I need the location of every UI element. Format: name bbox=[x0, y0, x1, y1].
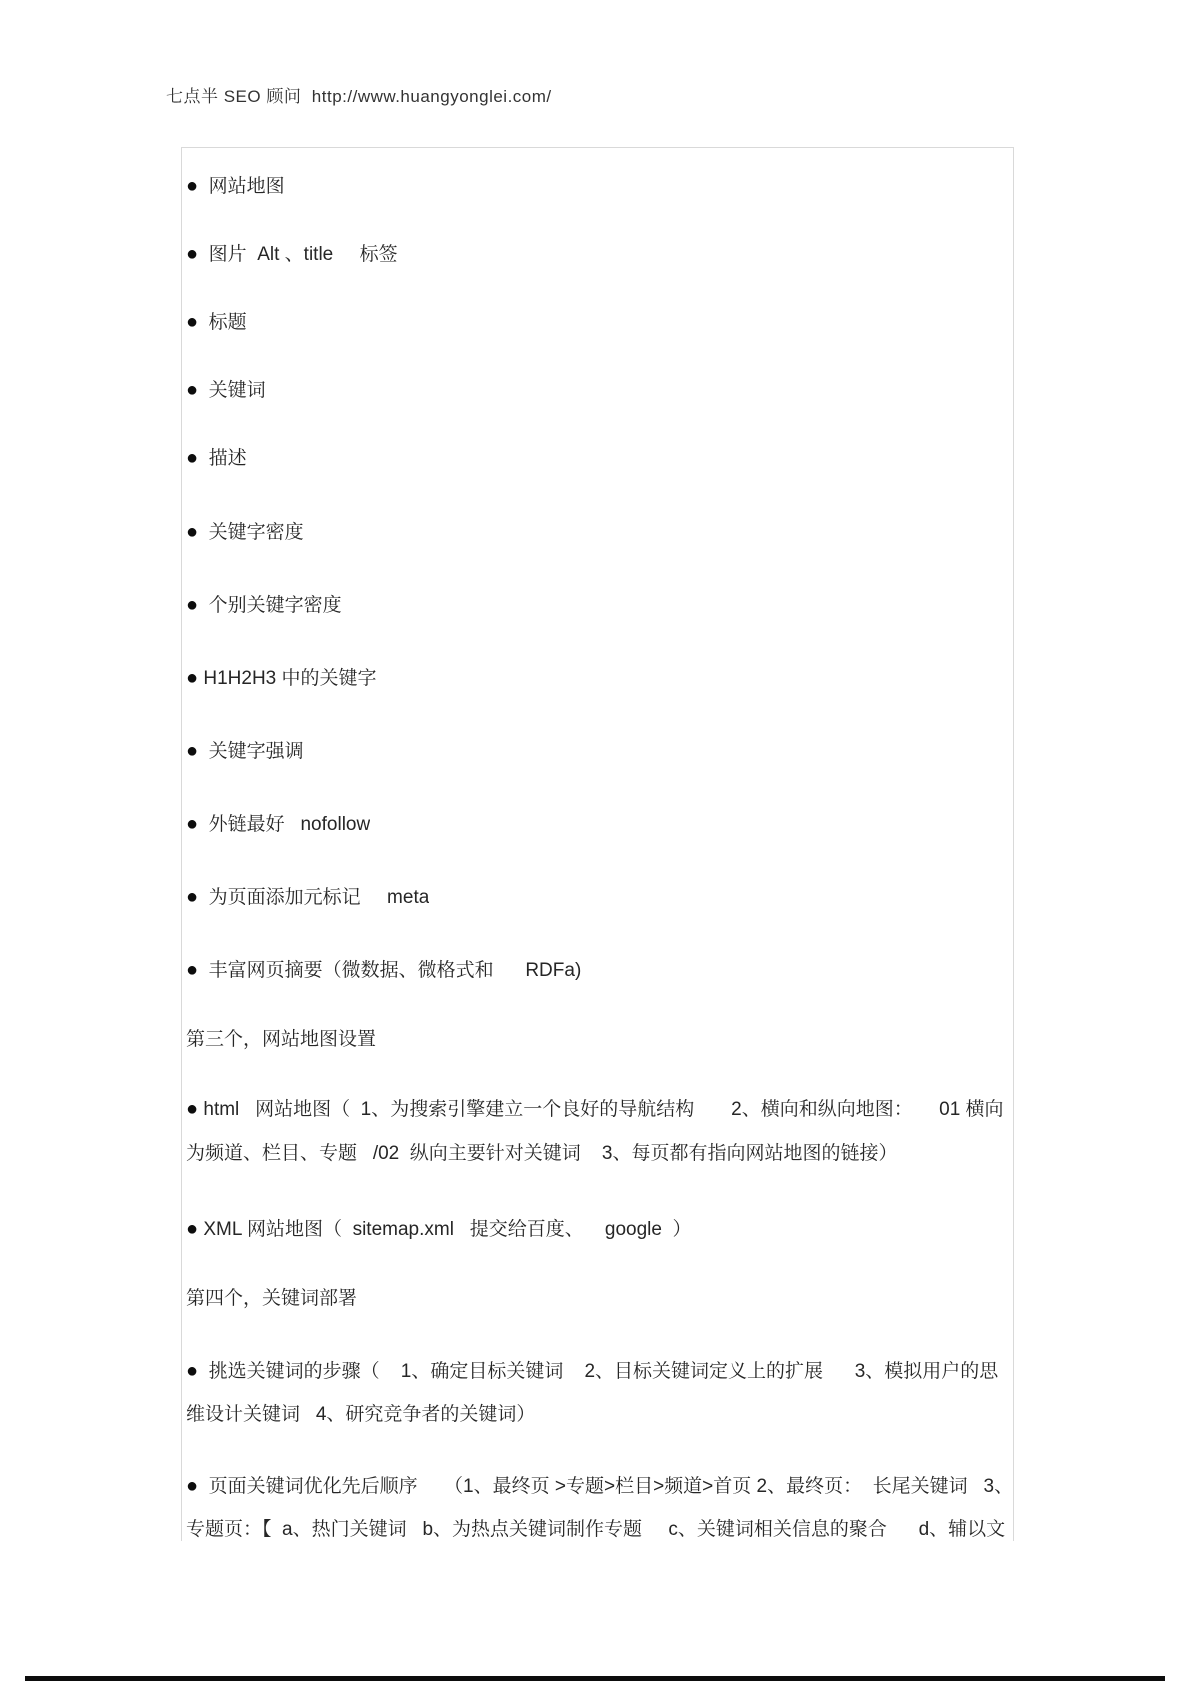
line-text: 个别关键字密度 bbox=[198, 595, 342, 616]
bullet-icon: ● bbox=[186, 379, 198, 401]
line-text: 第三个，网站地图设置 bbox=[186, 1029, 376, 1050]
list-item: ● XML 网站地图（ sitemap.xml 提交给百度、 google ） bbox=[186, 1217, 692, 1241]
list-item-continuation: 维设计关键词 4、研究竞争者的关键词） bbox=[186, 1402, 535, 1426]
line-text: 外链最好 nofollow bbox=[198, 814, 370, 835]
list-item: ● 关键词 bbox=[186, 378, 266, 402]
line-text: 网站地图 bbox=[198, 176, 285, 197]
line-text: 图片 Alt 、title 标签 bbox=[198, 244, 398, 265]
line-text: 关键字密度 bbox=[198, 522, 304, 543]
list-item: ● 关键字强调 bbox=[186, 739, 304, 763]
line-text: 第四个，关键词部署 bbox=[186, 1288, 357, 1309]
bullet-icon: ● bbox=[186, 311, 198, 333]
bullet-icon: ● bbox=[186, 175, 198, 197]
content-box bbox=[181, 147, 1014, 1541]
list-item: ● H1H2H3 中的关键字 bbox=[186, 666, 377, 690]
bullet-icon: ● bbox=[186, 886, 198, 908]
list-item-continuation: 专题页：【 a、热门关键词 b、为热点关键词制作专题 c、关键词相关信息的聚合 … bbox=[186, 1517, 1005, 1541]
bullet-icon: ● bbox=[186, 1098, 198, 1120]
list-item-continuation: 为频道、栏目、专题 /02 纵向主要针对关键词 3、每页都有指向网站地图的链接） bbox=[186, 1141, 898, 1165]
line-text: 为频道、栏目、专题 /02 纵向主要针对关键词 3、每页都有指向网站地图的链接） bbox=[186, 1143, 898, 1164]
line-text: 丰富网页摘要（微数据、微格式和 RDFa) bbox=[198, 960, 581, 981]
document-page: 七点半 SEO 顾问 http://www.huangyonglei.com/ … bbox=[0, 0, 1191, 1685]
list-item: ● 图片 Alt 、title 标签 bbox=[186, 242, 398, 266]
bullet-icon: ● bbox=[186, 1360, 198, 1382]
line-text: 维设计关键词 4、研究竞争者的关键词） bbox=[186, 1404, 535, 1425]
line-text: 挑选关键词的步骤（ 1、确定目标关键词 2、目标关键词定义上的扩展 3、模拟用户… bbox=[198, 1361, 998, 1382]
list-item: ● 挑选关键词的步骤（ 1、确定目标关键词 2、目标关键词定义上的扩展 3、模拟… bbox=[186, 1359, 998, 1383]
list-item: ● html 网站地图（ 1、为搜索引擎建立一个良好的导航结构 2、横向和纵向地… bbox=[186, 1097, 1004, 1121]
line-text: 标题 bbox=[198, 312, 247, 333]
bullet-icon: ● bbox=[186, 667, 198, 689]
line-text: 专题页：【 a、热门关键词 b、为热点关键词制作专题 c、关键词相关信息的聚合 … bbox=[186, 1519, 1005, 1540]
section-heading: 第三个，网站地图设置 bbox=[186, 1027, 376, 1051]
line-text: XML 网站地图（ sitemap.xml 提交给百度、 google ） bbox=[198, 1219, 691, 1240]
list-item: ● 描述 bbox=[186, 446, 247, 470]
bullet-icon: ● bbox=[186, 959, 198, 981]
bottom-divider bbox=[25, 1676, 1165, 1681]
line-text: 关键词 bbox=[198, 380, 266, 401]
line-text: 为页面添加元标记 meta bbox=[198, 887, 429, 908]
list-item: ● 丰富网页摘要（微数据、微格式和 RDFa) bbox=[186, 958, 581, 982]
line-text: 页面关键词优化先后顺序 （1、最终页 >专题>栏目>频道>首页 2、最终页： 长… bbox=[198, 1476, 1013, 1497]
bullet-icon: ● bbox=[186, 594, 198, 616]
line-text: 描述 bbox=[198, 448, 247, 469]
list-item: ● 为页面添加元标记 meta bbox=[186, 885, 429, 909]
bullet-icon: ● bbox=[186, 243, 198, 265]
bullet-icon: ● bbox=[186, 1475, 198, 1497]
section-heading: 第四个，关键词部署 bbox=[186, 1286, 357, 1310]
line-text: H1H2H3 中的关键字 bbox=[198, 668, 376, 689]
bullet-icon: ● bbox=[186, 1218, 198, 1240]
list-item: ● 关键字密度 bbox=[186, 520, 304, 544]
bullet-icon: ● bbox=[186, 740, 198, 762]
list-item: ● 标题 bbox=[186, 310, 247, 334]
list-item: ● 网站地图 bbox=[186, 174, 285, 198]
bullet-icon: ● bbox=[186, 521, 198, 543]
list-item: ● 页面关键词优化先后顺序 （1、最终页 >专题>栏目>频道>首页 2、最终页：… bbox=[186, 1474, 1013, 1498]
page-header: 七点半 SEO 顾问 http://www.huangyonglei.com/ bbox=[166, 82, 552, 107]
line-text: 关键字强调 bbox=[198, 741, 304, 762]
list-item: ● 个别关键字密度 bbox=[186, 593, 342, 617]
list-item: ● 外链最好 nofollow bbox=[186, 812, 370, 836]
bullet-icon: ● bbox=[186, 447, 198, 469]
bullet-icon: ● bbox=[186, 813, 198, 835]
line-text: html 网站地图（ 1、为搜索引擎建立一个良好的导航结构 2、横向和纵向地图：… bbox=[198, 1099, 1003, 1120]
